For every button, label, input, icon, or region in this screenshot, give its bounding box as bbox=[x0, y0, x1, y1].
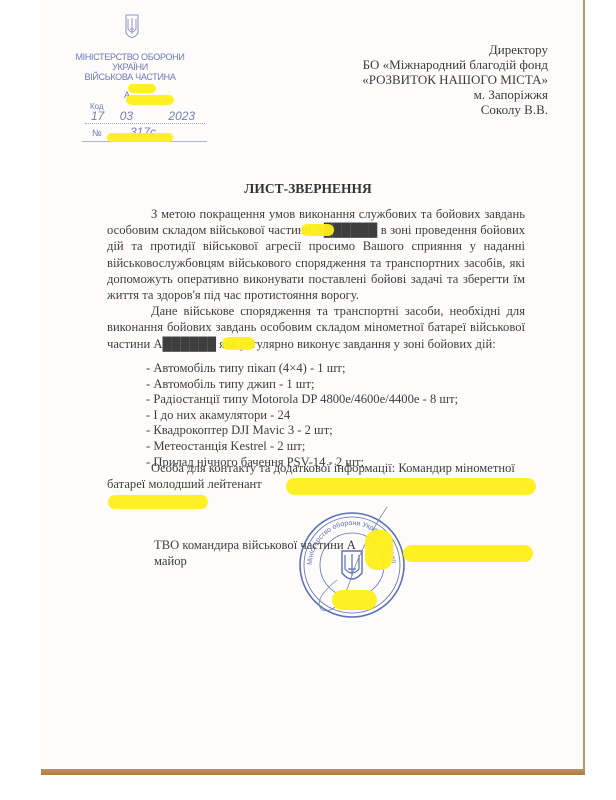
addressee-block: Директору БО «Міжнародний благодій фонд … bbox=[362, 42, 548, 117]
list-item: - Автомобіль типу пікап (4×4) - 1 шт; bbox=[146, 361, 458, 377]
redaction-mark bbox=[126, 95, 174, 105]
redaction-mark bbox=[108, 495, 208, 509]
list-item: - Радіостанції типу Motorola DP 4800e/46… bbox=[146, 392, 458, 408]
outgoing-date: 17 03 2023 bbox=[85, 109, 205, 124]
table-edge bbox=[41, 769, 585, 775]
list-item: - Метеостанція Kestrel - 2 шт; bbox=[146, 439, 458, 455]
redaction-mark bbox=[332, 590, 377, 610]
list-item: - Автомобіль типу джип - 1 шт; bbox=[146, 377, 458, 393]
signatory-title: ТВО командира військової частини А bbox=[154, 537, 356, 553]
list-item: - І до них акамулятори - 24 bbox=[146, 408, 458, 424]
redaction-mark bbox=[301, 224, 334, 236]
redaction-mark bbox=[222, 337, 255, 350]
document-title: ЛИСТ-ЗВЕРНЕННЯ bbox=[0, 181, 616, 197]
list-item: - Квадрокоптер DJI Mavic 3 - 2 шт; bbox=[146, 423, 458, 439]
number-label: № bbox=[92, 128, 102, 138]
page-edge bbox=[583, 0, 585, 770]
redaction-mark bbox=[403, 545, 533, 562]
equipment-list: - Автомобіль типу пікап (4×4) - 1 шт; - … bbox=[146, 361, 458, 470]
paragraph-request: З метою покращення умов виконання службо… bbox=[107, 206, 525, 303]
signatory-rank: майор bbox=[154, 553, 356, 569]
trident-coat-of-arms-icon bbox=[125, 13, 139, 43]
redaction-mark bbox=[128, 84, 156, 93]
paragraph-equipment-intro: Дане військове спорядження та транспортн… bbox=[107, 303, 525, 352]
redaction-mark bbox=[365, 530, 393, 570]
redaction-mark bbox=[107, 133, 173, 142]
redaction-mark bbox=[286, 478, 536, 495]
signature-block: ТВО командира військової частини А майор bbox=[154, 537, 356, 569]
ministry-name: МІНІСТЕРСТВО ОБОРОНИ УКРАЇНИ ВІЙСЬКОВА Ч… bbox=[50, 52, 210, 82]
